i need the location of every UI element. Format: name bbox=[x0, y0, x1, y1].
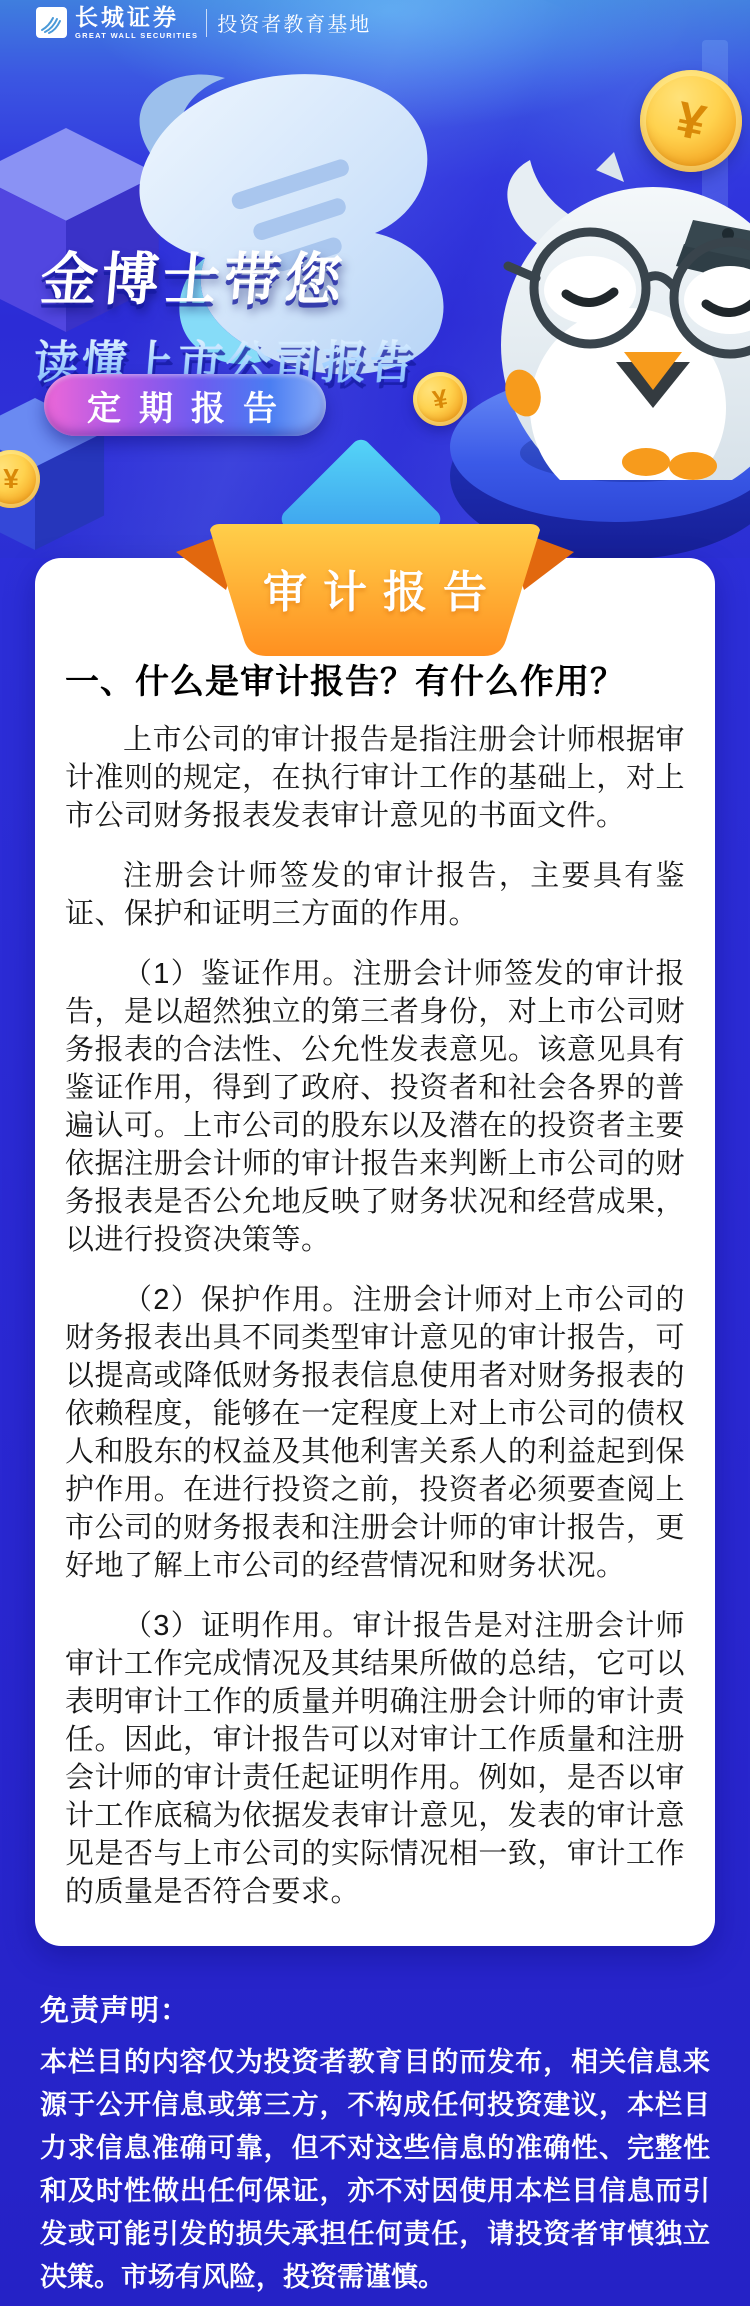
article-paragraph: （3）证明作用。审计报告是对注册会计师审计工作完成情况及其结果所做的总结，它可以… bbox=[65, 1607, 685, 1911]
article-paragraph: （2）保护作用。注册会计师对上市公司的财务报表出具不同类型审计意见的审计报告，可… bbox=[65, 1281, 685, 1585]
platform-label: 投资者教育基地 bbox=[217, 8, 371, 37]
article-heading: 一、什么是审计报告？有什么作用？ bbox=[65, 662, 685, 703]
yuan-symbol: ¥ bbox=[3, 463, 19, 495]
poster: 长城证券 GREAT WALL SECURITIES 投资者教育基地 ¥ ¥ ¥ bbox=[0, 0, 750, 2306]
brand-bar: 长城证券 GREAT WALL SECURITIES 投资者教育基地 bbox=[36, 6, 371, 40]
article-paragraph: 上市公司的审计报告是指注册会计师根据审计准则的规定，在执行审计工作的基础上，对上… bbox=[65, 721, 685, 835]
brand-text-block: 长城证券 GREAT WALL SECURITIES bbox=[75, 6, 198, 40]
greatwall-logo-icon bbox=[36, 7, 67, 38]
hero-title-line1: 金博士带您 bbox=[38, 234, 429, 316]
periodic-report-button[interactable]: 定期报告 bbox=[44, 374, 326, 436]
disclaimer-title: 免责声明： bbox=[40, 1988, 710, 2029]
disclaimer-body: 本栏目的内容仅为投资者教育目的而发布，相关信息来源于公开信息或第三方，不构成任何… bbox=[40, 2041, 710, 2299]
brand-divider bbox=[206, 9, 207, 37]
hero-section: 长城证券 GREAT WALL SECURITIES 投资者教育基地 ¥ ¥ ¥ bbox=[0, 0, 750, 558]
section-banner: 审计报告 bbox=[168, 524, 582, 664]
brand-name-en: GREAT WALL SECURITIES bbox=[75, 32, 198, 40]
article-paragraph: 注册会计师签发的审计报告，主要具有鉴证、保护和证明三方面的作用。 bbox=[65, 857, 685, 933]
article-card: 一、什么是审计报告？有什么作用？ 上市公司的审计报告是指注册会计师根据审计准则的… bbox=[35, 558, 715, 1946]
owl-mascot bbox=[478, 150, 750, 480]
disclaimer-section: 免责声明： 本栏目的内容仅为投资者教育目的而发布，相关信息来源于公开信息或第三方… bbox=[40, 1988, 710, 2299]
section-banner-title: 审计报告 bbox=[168, 556, 582, 620]
article-paragraph: （1）鉴证作用。注册会计师签发的审计报告，是以超然独立的第三者身份，对上市公司财… bbox=[65, 955, 685, 1259]
hero-title-block: 金博士带您 读懂上市公司报告 bbox=[31, 234, 429, 391]
brand-name-cn: 长城证券 bbox=[75, 6, 198, 29]
yuan-symbol: ¥ bbox=[671, 90, 710, 153]
yuan-symbol: ¥ bbox=[430, 382, 450, 415]
